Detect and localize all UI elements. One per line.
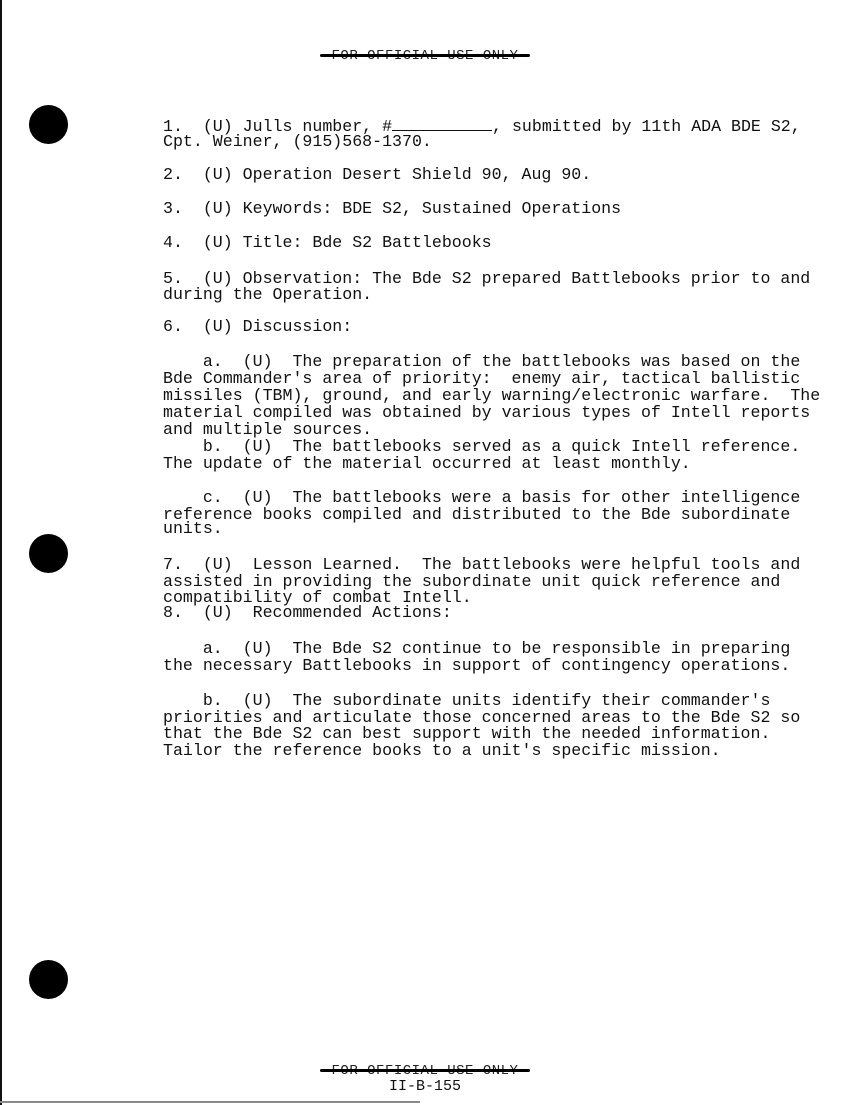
document-page: FOR OFFICIAL USE ONLY 1. (U) Julls numbe…	[0, 0, 850, 1105]
item-6c-line-3: units.	[163, 520, 223, 537]
footer-marking: FOR OFFICIAL USE ONLY	[0, 1061, 850, 1079]
item-6a-line-3: missiles (TBM), ground, and early warnin…	[163, 387, 820, 404]
item-1-line-2: Cpt. Weiner, (915)568-1370.	[163, 133, 432, 150]
item-5-line-2: during the Operation.	[163, 286, 372, 303]
item-6c-line-1: c. (U) The battlebooks were a basis for …	[163, 489, 800, 506]
item-8b-line-3: that the Bde S2 can best support with th…	[163, 725, 770, 742]
punch-hole-top	[29, 105, 68, 144]
item-6b-line-2: The update of the material occurred at l…	[163, 455, 691, 472]
item-2: 2. (U) Operation Desert Shield 90, Aug 9…	[163, 166, 591, 183]
item-8a-line-1: a. (U) The Bde S2 continue to be respons…	[163, 640, 790, 657]
item-8b-line-4: Tailor the reference books to a unit's s…	[163, 742, 721, 759]
item-8b-line-1: b. (U) The subordinate units identify th…	[163, 692, 770, 709]
scan-left-edge	[0, 0, 2, 1105]
strikethrough-line	[320, 54, 531, 57]
item-8: 8. (U) Recommended Actions:	[163, 604, 452, 621]
item-6: 6. (U) Discussion:	[163, 318, 352, 335]
item-8a-line-2: the necessary Battlebooks in support of …	[163, 657, 790, 674]
item-1-suffix: , submitted by 11th ADA BDE S2,	[492, 117, 801, 136]
item-6a-line-5: and multiple sources.	[163, 421, 372, 438]
header-marking: FOR OFFICIAL USE ONLY	[0, 46, 850, 64]
item-6a-line-4: material compiled was obtained by variou…	[163, 404, 810, 421]
item-6c-line-2: reference books compiled and distributed…	[163, 506, 790, 523]
item-7-line-1: 7. (U) Lesson Learned. The battlebooks w…	[163, 556, 800, 573]
item-6a-line-2: Bde Commander's area of priority: enemy …	[163, 370, 800, 387]
item-6b-line-1: b. (U) The battlebooks served as a quick…	[163, 438, 800, 455]
page-number: II-B-155	[0, 1078, 850, 1095]
item-3: 3. (U) Keywords: BDE S2, Sustained Opera…	[163, 200, 621, 217]
punch-hole-middle	[29, 534, 68, 573]
scan-bottom-edge	[0, 1101, 420, 1103]
strikethrough-line	[320, 1069, 531, 1072]
punch-hole-bottom	[29, 960, 68, 999]
julls-number-blank	[392, 116, 492, 131]
item-6a-line-1: a. (U) The preparation of the battlebook…	[163, 353, 800, 370]
item-4: 4. (U) Title: Bde S2 Battlebooks	[163, 234, 492, 251]
